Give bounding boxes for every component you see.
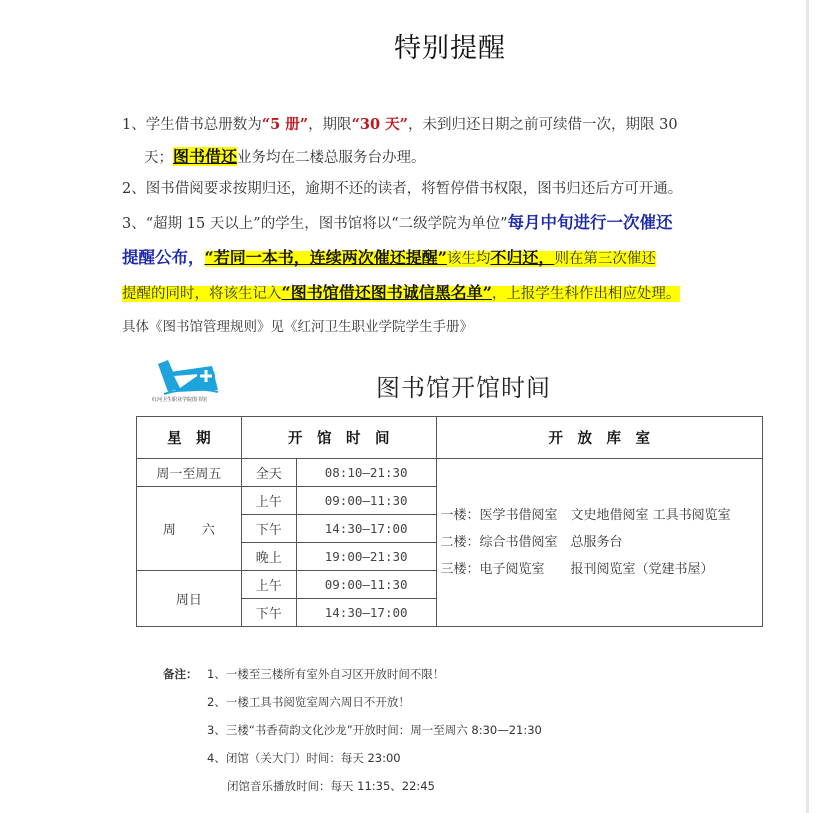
table-row: 周一至周五 全天 08:10—21:30 一楼：医学书借阅室 文史地借阅室 工具… [137, 459, 763, 487]
day-cell: 周 六 [137, 487, 242, 571]
reminder-publish-emphasis: 提醒公布， [122, 248, 205, 267]
rule-1-line-1: 1、学生借书总册数为“5 册”，期限“30 天”，未到归还日期之前可续借一次，期… [122, 109, 777, 141]
rule-2-text: 2、图书借阅要求按期归还，逾期不还的读者，将暂停借书权限，图书归还后方可开通。 [122, 173, 777, 205]
rule-paragraph-3: 3、“超期 15 天以上”的学生，图书馆将以“二级学院为单位”每月中旬进行一次催… [122, 205, 777, 310]
time-cell: 09:00—11:30 [296, 571, 436, 599]
opening-hours-table: 星 期 开 馆 时 间 开 放 库 室 周一至周五 全天 08:10—21:30… [136, 416, 763, 627]
rooms-floor-1: 一楼：医学书借阅室 文史地借阅室 工具书阅览室 [441, 502, 762, 529]
rule-3-line-1: 3、“超期 15 天以上”的学生，图书馆将以“二级学院为单位”每月中旬进行一次催… [122, 205, 777, 240]
notes-label: 备注： [163, 660, 207, 688]
note-item: 4、闭馆（关大门）时间：每天 23:00 [207, 751, 401, 765]
day-cell: 周日 [137, 571, 242, 627]
notes-section: 备注：1、一楼至三楼所有室外自习区开放时间不限！ 2、一楼工具书阅览室周六周日不… [163, 660, 542, 800]
note-row: 2、一楼工具书阅览室周六周日不开放！ [163, 688, 542, 716]
text-segment: 提醒的同时，将该生记入 [122, 286, 282, 302]
text-segment: ，未到归还日期之前可续借一次，期限 30 [408, 117, 678, 133]
header-rooms: 开 放 库 室 [436, 417, 762, 459]
logo-caption: 红河卫生职业学院图书馆 [152, 396, 207, 403]
period-cell: 全天 [241, 459, 296, 487]
closing-music-note: 闭馆音乐播放时间：每天 11:35、22:45 [227, 779, 435, 793]
text-segment: 3、“超期 15 天以上”的学生，图书馆将以“二级学院为单位” [122, 216, 508, 232]
time-cell: 14:30—17:00 [296, 599, 436, 627]
borrow-return-highlight: 图书借还 [173, 147, 237, 166]
blacklist-emphasis: “图书馆借还图书诚信黑名单” [282, 283, 492, 302]
rule-1-line-2: 天；图书借还业务均在二楼总服务台办理。 [122, 141, 777, 174]
note-item: 2、一楼工具书阅览室周六周日不开放！ [207, 695, 410, 709]
rule-paragraph-2: 2、图书借阅要求按期归还，逾期不还的读者，将暂停借书权限，图书归还后方可开通。 [122, 173, 777, 205]
two-reminders-emphasis: “若同一本书，连续两次催还提醒” [205, 248, 447, 267]
day-cell: 周一至周五 [137, 459, 242, 487]
text-segment: ，期限 [308, 117, 352, 133]
note-item: 3、三楼“书香荷韵文化沙龙”开放时间：周一至周六 8:30—21:30 [207, 723, 542, 737]
hours-table-title: 图书馆开馆时间 [376, 368, 551, 403]
header-day: 星 期 [137, 417, 242, 459]
period-cell: 上午 [241, 487, 296, 515]
text-segment: 1、学生借书总册数为 [122, 117, 262, 133]
period-cell: 下午 [241, 599, 296, 627]
rooms-floor-2: 二楼：综合书借阅室 总服务台 [441, 529, 762, 556]
period-cell: 上午 [241, 571, 296, 599]
note-row: 闭馆音乐播放时间：每天 11:35、22:45 [163, 772, 542, 800]
rule-3-line-2: 提醒公布，“若同一本书，连续两次催还提醒”该生均不归还，则在第三次催还 [122, 240, 777, 275]
time-cell: 08:10—21:30 [296, 459, 436, 487]
handbook-reference: 具体《图书馆管理规则》见《红河卫生职业学院学生手册》 [122, 315, 473, 335]
rule-3-line-3: 提醒的同时，将该生记入“图书馆借还图书诚信黑名单”，上报学生科作出相应处理。 [122, 275, 777, 310]
period-cell: 晚上 [241, 543, 296, 571]
time-cell: 19:00—21:30 [296, 543, 436, 571]
note-row: 备注：1、一楼至三楼所有室外自习区开放时间不限！ [163, 660, 542, 688]
page-margin [809, 0, 821, 813]
note-item: 1、一楼至三楼所有室外自习区开放时间不限！ [207, 667, 444, 681]
day-limit-emphasis: “30 天” [352, 116, 408, 133]
page-title: 特别提醒 [0, 26, 821, 65]
text-segment: 天； [144, 150, 173, 166]
header-hours: 开 馆 时 间 [241, 417, 436, 459]
text-segment: 则在第三次催还 [554, 251, 656, 267]
open-rooms-cell: 一楼：医学书借阅室 文史地借阅室 工具书阅览室 二楼：综合书借阅室 总服务台 三… [436, 459, 762, 627]
time-cell: 09:00—11:30 [296, 487, 436, 515]
library-logo-icon [150, 358, 245, 398]
rule-paragraph-1: 1、学生借书总册数为“5 册”，期限“30 天”，未到归还日期之前可续借一次，期… [122, 109, 777, 174]
note-row: 3、三楼“书香荷韵文化沙龙”开放时间：周一至周六 8:30—21:30 [163, 716, 542, 744]
book-limit-emphasis: “5 册” [262, 116, 308, 133]
text-segment: 业务均在二楼总服务台办理。 [237, 150, 426, 166]
table-header-row: 星 期 开 馆 时 间 开 放 库 室 [137, 417, 763, 459]
text-segment: ，上报学生科作出相应处理。 [492, 286, 681, 302]
monthly-reminder-emphasis: 每月中旬进行一次催还 [508, 213, 673, 232]
period-cell: 下午 [241, 515, 296, 543]
rooms-floor-3: 三楼：电子阅览室 报刊阅览室（党建书屋） [441, 556, 762, 583]
not-returned-emphasis: 不归还， [490, 248, 554, 267]
time-cell: 14:30—17:00 [296, 515, 436, 543]
note-row: 4、闭馆（关大门）时间：每天 23:00 [163, 744, 542, 772]
text-segment: 该生均 [447, 251, 491, 267]
